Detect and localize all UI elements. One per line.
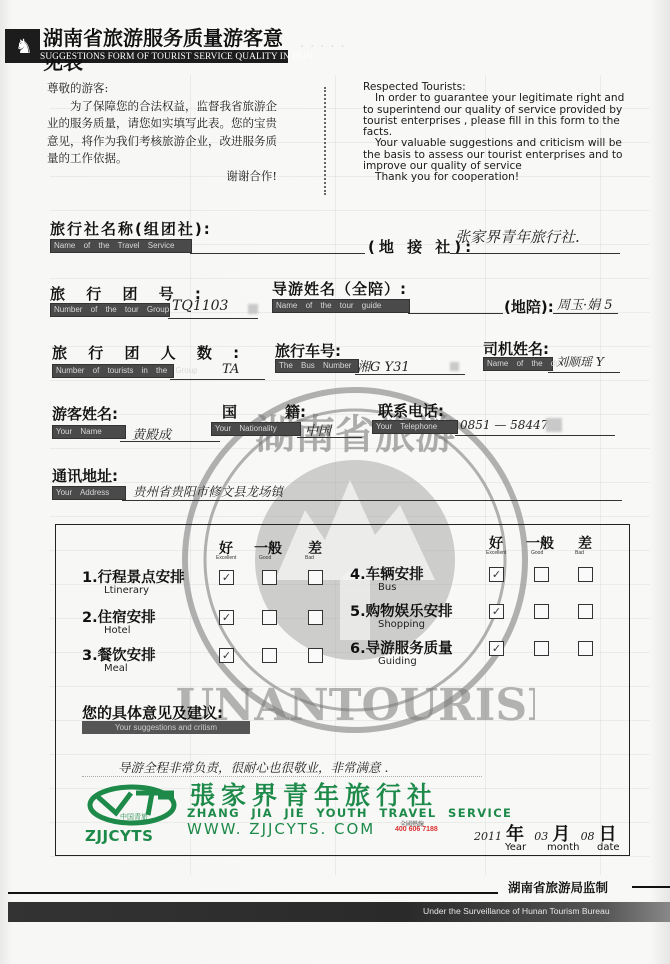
group-size-value[interactable]: TA: [222, 362, 239, 377]
date-year-en: Year: [505, 842, 526, 853]
rating-checkbox-good[interactable]: [534, 641, 549, 656]
group-size-label: 旅 行 团 人 数 :: [52, 342, 247, 363]
agency-label: 旅行社名称(组团社):: [50, 218, 212, 239]
nationality-label-1: 国: [222, 401, 237, 422]
rating-item-label: 3.餐饮安排: [82, 644, 156, 665]
dotted-divider: [324, 87, 326, 195]
form-subtitle: SUGGESTIONS FORM OF TOURIST SERVICE QUAL…: [40, 51, 290, 63]
bus-number-label-en: The Bus Number: [275, 359, 359, 373]
redaction: [248, 304, 258, 314]
address-value[interactable]: 贵州省贵阳市修文县龙场镇: [133, 482, 283, 500]
rating-checkbox-good[interactable]: [262, 570, 277, 585]
rating-checkbox-bad[interactable]: [578, 567, 593, 582]
rating-column-bad-en: Bad: [305, 555, 314, 561]
rating-item-label: 5.购物娱乐安排: [350, 600, 453, 621]
rating-checkbox-bad[interactable]: [578, 604, 593, 619]
rating-column-good-en: Good: [531, 550, 543, 556]
svg-text:中国青旅: 中国青旅: [120, 812, 148, 821]
tourist-name-value[interactable]: 黄殿成: [132, 424, 171, 443]
telephone-value[interactable]: 0851 — 58447: [460, 418, 548, 432]
address-label-en: Your Address: [52, 486, 126, 500]
rating-checkbox-good[interactable]: [262, 648, 277, 663]
footer-en: Under the Surveillance of Hunan Tourism …: [423, 906, 610, 916]
rating-column-good-en: Good: [259, 555, 271, 561]
advert-hotline[interactable]: 400 606 7188: [395, 826, 438, 833]
nationality-label-2: 籍:: [285, 401, 306, 422]
suggestions-value[interactable]: 导游全程非常负责，很耐心也很敬业，非常满意 .: [118, 758, 388, 776]
local-guide-label: (地陪):: [504, 296, 554, 317]
suggestions-label: 您的具体意见及建议:: [82, 702, 223, 723]
bus-number-value[interactable]: 湘G Y31: [357, 356, 410, 375]
date-day-en: date: [597, 842, 620, 853]
rating-checkbox-bad[interactable]: [308, 610, 323, 625]
redaction: [450, 362, 459, 371]
intro-en-p1: In order to guarantee your legitimate ri…: [363, 93, 638, 138]
telephone-label: 联系电话:: [378, 400, 444, 421]
intro-en-p3: Thank you for cooperation!: [363, 172, 638, 183]
advert-url[interactable]: WWW. ZJJCYTS. COM: [187, 820, 375, 838]
rating-item-label-en: Guiding: [378, 656, 417, 667]
rating-column-bad-en: Bad: [575, 550, 584, 556]
group-size-field[interactable]: [170, 379, 265, 380]
rating-checkbox-excellent[interactable]: ✓: [489, 567, 504, 582]
local-agency-value[interactable]: 张家界青年旅行社.: [455, 226, 580, 247]
local-guide-field[interactable]: [553, 313, 618, 314]
rating-checkbox-excellent[interactable]: ✓: [219, 570, 234, 585]
footer-cn: 湖南省旅游局监制: [508, 878, 608, 896]
telephone-field[interactable]: [455, 435, 615, 436]
local-guide-value[interactable]: 周玉·娟 5: [557, 294, 613, 313]
group-number-field[interactable]: [168, 318, 258, 319]
agency-field[interactable]: [190, 253, 365, 254]
rating-item-label: 2.住宿安排: [82, 606, 156, 627]
suggestions-label-en: Your suggestions and critism: [82, 721, 250, 734]
driver-field[interactable]: [548, 372, 620, 373]
address-field[interactable]: [122, 500, 622, 501]
bus-number-label: 旅行车号:: [275, 340, 341, 361]
footer-rule: [8, 892, 498, 894]
rating-checkbox-good[interactable]: [262, 610, 277, 625]
intro-en-p2: Your valuable suggestions and criticism …: [363, 138, 638, 172]
rating-checkbox-excellent[interactable]: ✓: [489, 604, 504, 619]
guide-label: 导游姓名（全陪）:: [272, 278, 407, 299]
driver-label: 司机姓名:: [483, 338, 549, 359]
redaction: [546, 418, 562, 432]
date-day-value[interactable]: 08: [581, 830, 595, 843]
intro-greeting: 尊敬的游客:: [47, 80, 285, 98]
rating-checkbox-bad[interactable]: [308, 648, 323, 663]
cyts-logo-icon: 中国青旅: [86, 783, 178, 829]
rating-item-label-en: Shopping: [378, 619, 425, 630]
rating-column-excellent-en: Excellent: [216, 555, 236, 561]
rating-column-excellent-en: Excellent: [486, 550, 506, 556]
rating-item-label: 4.车辆安排: [350, 563, 424, 584]
tourist-name-label: 游客姓名:: [52, 403, 118, 424]
group-number-label-en: Number of the tour Group: [50, 303, 170, 317]
address-label: 通讯地址:: [52, 465, 118, 486]
telephone-label-en: Your Telephone: [372, 420, 458, 434]
nationality-value[interactable]: 中国: [305, 420, 331, 439]
intro-thanks: 谢谢合作!: [47, 168, 285, 186]
rating-checkbox-good[interactable]: [534, 567, 549, 582]
date-row: 2011年 03月 08日: [470, 820, 617, 846]
date-month-en: month: [547, 842, 579, 853]
advert-name-en: ZHANG JIA JIE YOUTH TRAVEL SERVICE: [187, 806, 512, 820]
nationality-label-en: Your Nationality: [211, 422, 301, 436]
rating-item-label-en: Hotel: [104, 625, 131, 636]
rating-item-label-en: Ltinerary: [104, 585, 149, 596]
intro-english: Respected Tourists: In order to guarante…: [363, 82, 638, 184]
guide-field[interactable]: [408, 313, 503, 314]
group-size-label-en: Number of tourists in the Group: [52, 364, 174, 378]
rating-item-label: 6.导游服务质量: [350, 637, 453, 658]
rating-item-label: 1.行程景点安排: [82, 566, 185, 587]
rating-checkbox-excellent[interactable]: ✓: [489, 641, 504, 656]
bleed-through-text: ·····: [300, 40, 351, 55]
footer-rule: [632, 886, 670, 888]
rating-checkbox-bad[interactable]: [308, 570, 323, 585]
date-year-value[interactable]: 2011: [474, 830, 502, 843]
agency-label-en: Name of the Travel Service: [50, 239, 192, 253]
local-agency-field[interactable]: [450, 253, 620, 254]
advert-abbr: ZJJCYTS: [85, 827, 153, 845]
guide-label-en: Name of the tour guide: [272, 299, 410, 313]
intro-chinese: 尊敬的游客: 为了保障您的合法权益，监督我省旅游企业的服务质量，请您如实填写此表…: [47, 80, 285, 185]
rating-checkbox-bad[interactable]: [578, 641, 593, 656]
running-horse-icon: ♞: [10, 33, 38, 59]
tourist-name-label-en: Your Name: [52, 425, 126, 439]
rating-item-label-en: Meal: [104, 663, 128, 674]
rating-checkbox-excellent[interactable]: ✓: [219, 610, 234, 625]
form-title: 湖南省旅游服务质量游客意见表: [40, 26, 293, 50]
rating-checkbox-excellent[interactable]: ✓: [219, 648, 234, 663]
driver-label-en: Name of the driver: [483, 357, 553, 371]
rating-item-label-en: Bus: [378, 582, 396, 593]
driver-value[interactable]: 刘顺瑶 Y: [556, 353, 604, 370]
intro-body: 为了保障您的合法权益，监督我省旅游企业的服务质量，请您如实填写此表。您的宝贵意见…: [47, 98, 285, 168]
rating-checkbox-good[interactable]: [534, 604, 549, 619]
group-number-value[interactable]: TQ1103: [172, 298, 228, 314]
